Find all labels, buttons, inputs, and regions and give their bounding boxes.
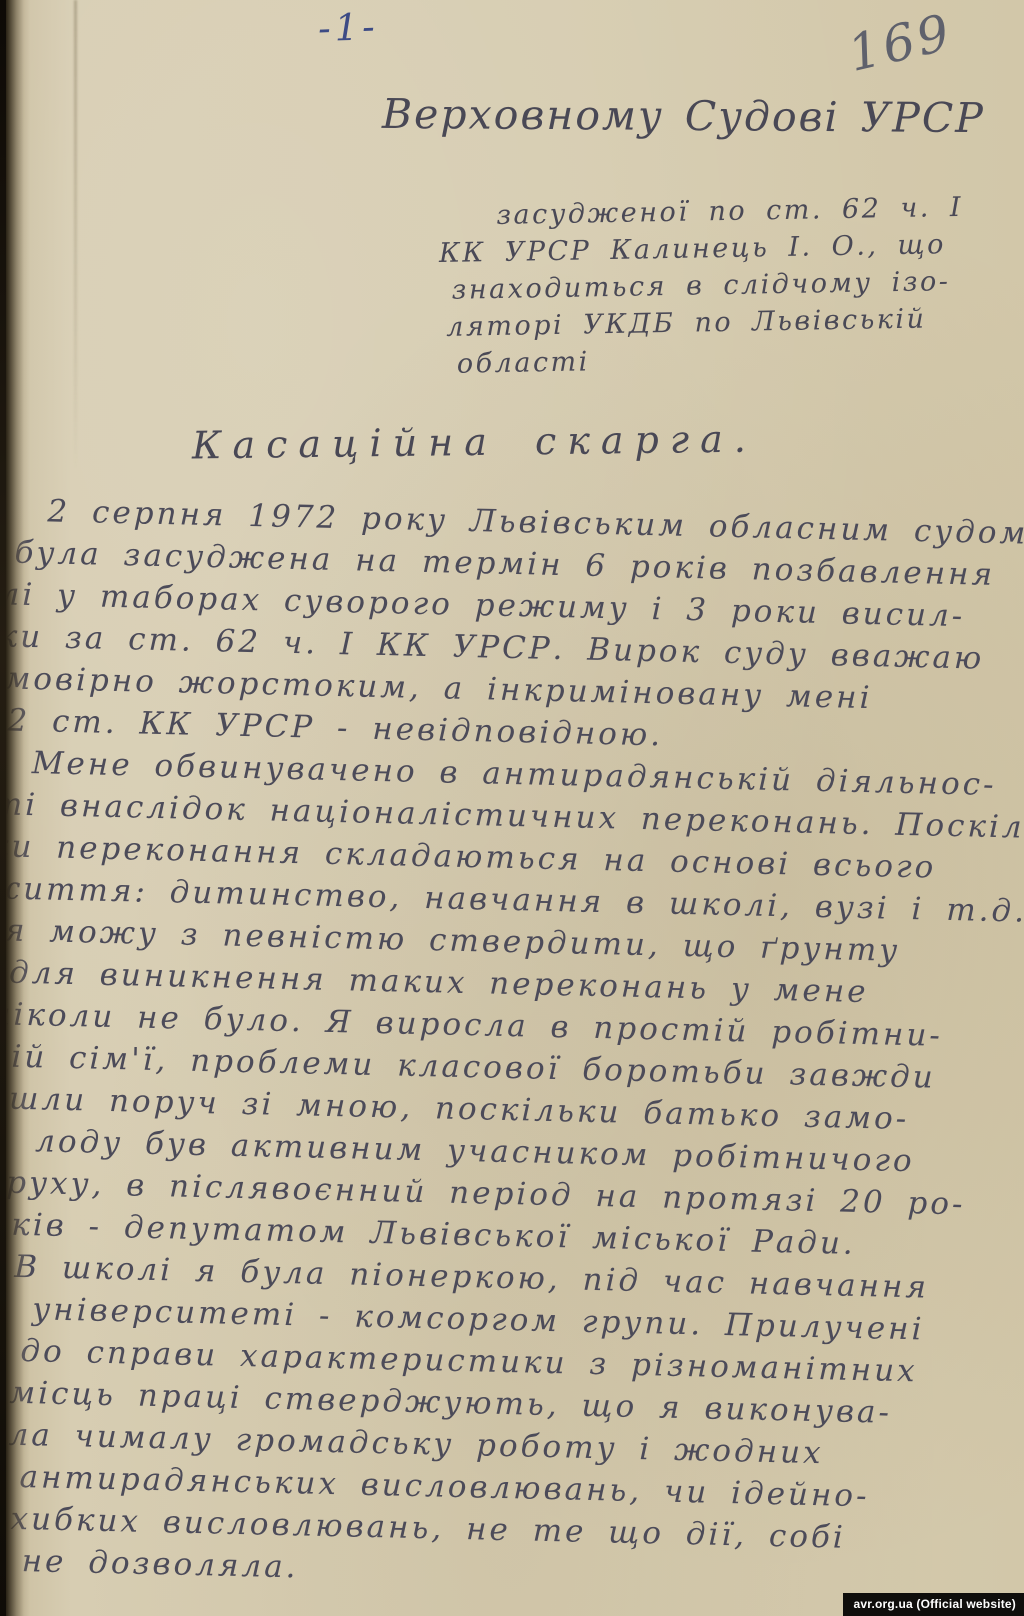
handwritten-page-mark: -1- — [317, 5, 379, 50]
scanned-document-page: -1- 169 Верховному Судові УРСР засуджено… — [0, 0, 1024, 1616]
addressee-line: області — [457, 337, 966, 383]
archive-page-number: 169 — [843, 3, 958, 83]
document-title: Касаційна скарга. — [192, 417, 757, 468]
document-recipient: Верховному Судові УРСР — [382, 90, 985, 142]
document-body: 2 серпня 1972 року Львівським обласним с… — [0, 489, 1024, 1604]
addressee-block: засудженої по ст. 62 ч. І КК УРСР Калине… — [438, 189, 966, 383]
binding-shadow-edge — [0, 0, 30, 1616]
paper-crease — [74, 0, 77, 470]
source-watermark: avr.org.ua (Official website) — [843, 1593, 1024, 1616]
